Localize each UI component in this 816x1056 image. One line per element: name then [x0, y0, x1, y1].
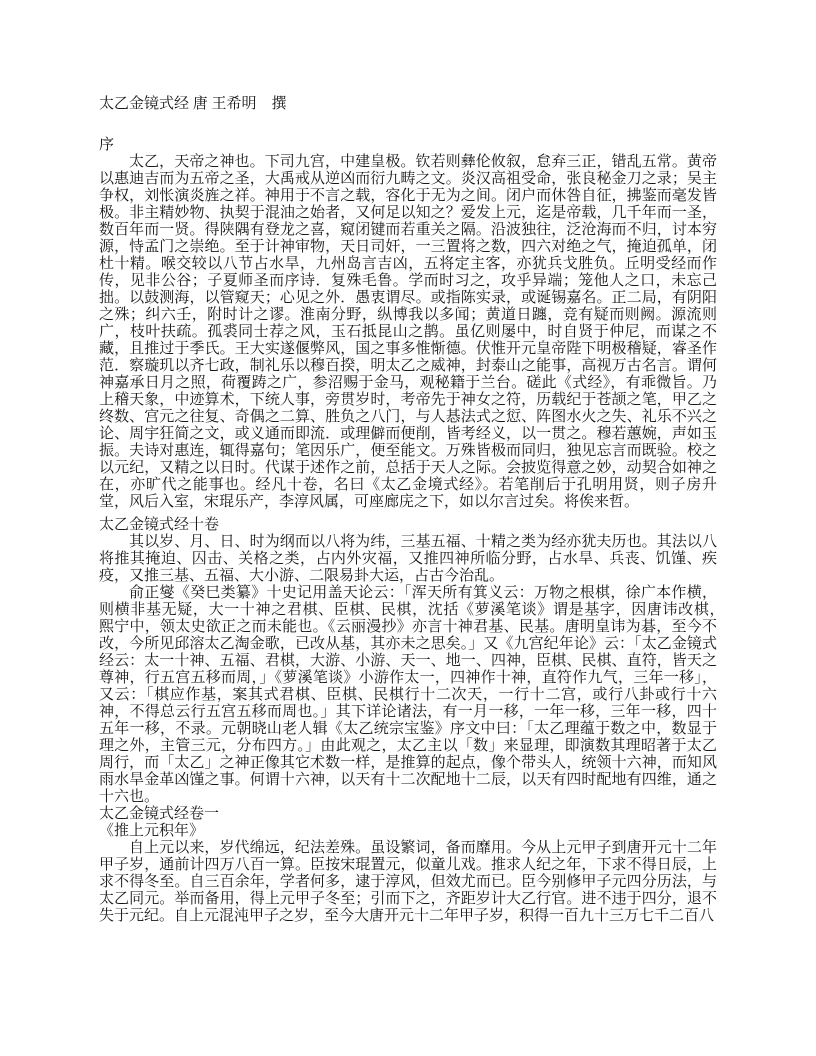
section-heading-ten-volumes: 太乙金镜式经十卷: [99, 517, 717, 534]
section-heading-volume-one: 太乙金镜式经卷一: [99, 806, 717, 823]
preface-paragraph: 太乙，天帝之神也。下司九宫，中建皇极。钦若则彝伦攸叙，怠弃三正，错乱五常。黄帝以…: [99, 154, 717, 511]
ten-volumes-commentary-paragraph: 俞正燮《癸巳类纂》十史记用盖天论云：「浑天所有箕义云：万物之根棋，徐广本作横，则…: [99, 585, 717, 806]
preface-heading: 序: [99, 137, 717, 154]
document-page: 太乙金镜式经 唐 王希明 撰 序 太乙，天帝之神也。下司九宫，中建皇极。钦若则彝…: [99, 96, 717, 925]
ten-volumes-overview-paragraph: 其以岁、月、日、时为纲而以八将为纬，三基五福、十精之类为经亦犹夫历也。其法以八将…: [99, 534, 717, 585]
volume-one-paragraph: 自上元以来，岁代绵远，纪法差殊。虽设繁词，备而靡用。今从上元甲子到唐开元十二年甲…: [99, 840, 717, 925]
chapter-heading-tui-shang-yuan-ji-nian: 《推上元积年》: [99, 823, 717, 840]
document-title: 太乙金镜式经 唐 王希明 撰: [99, 96, 717, 113]
